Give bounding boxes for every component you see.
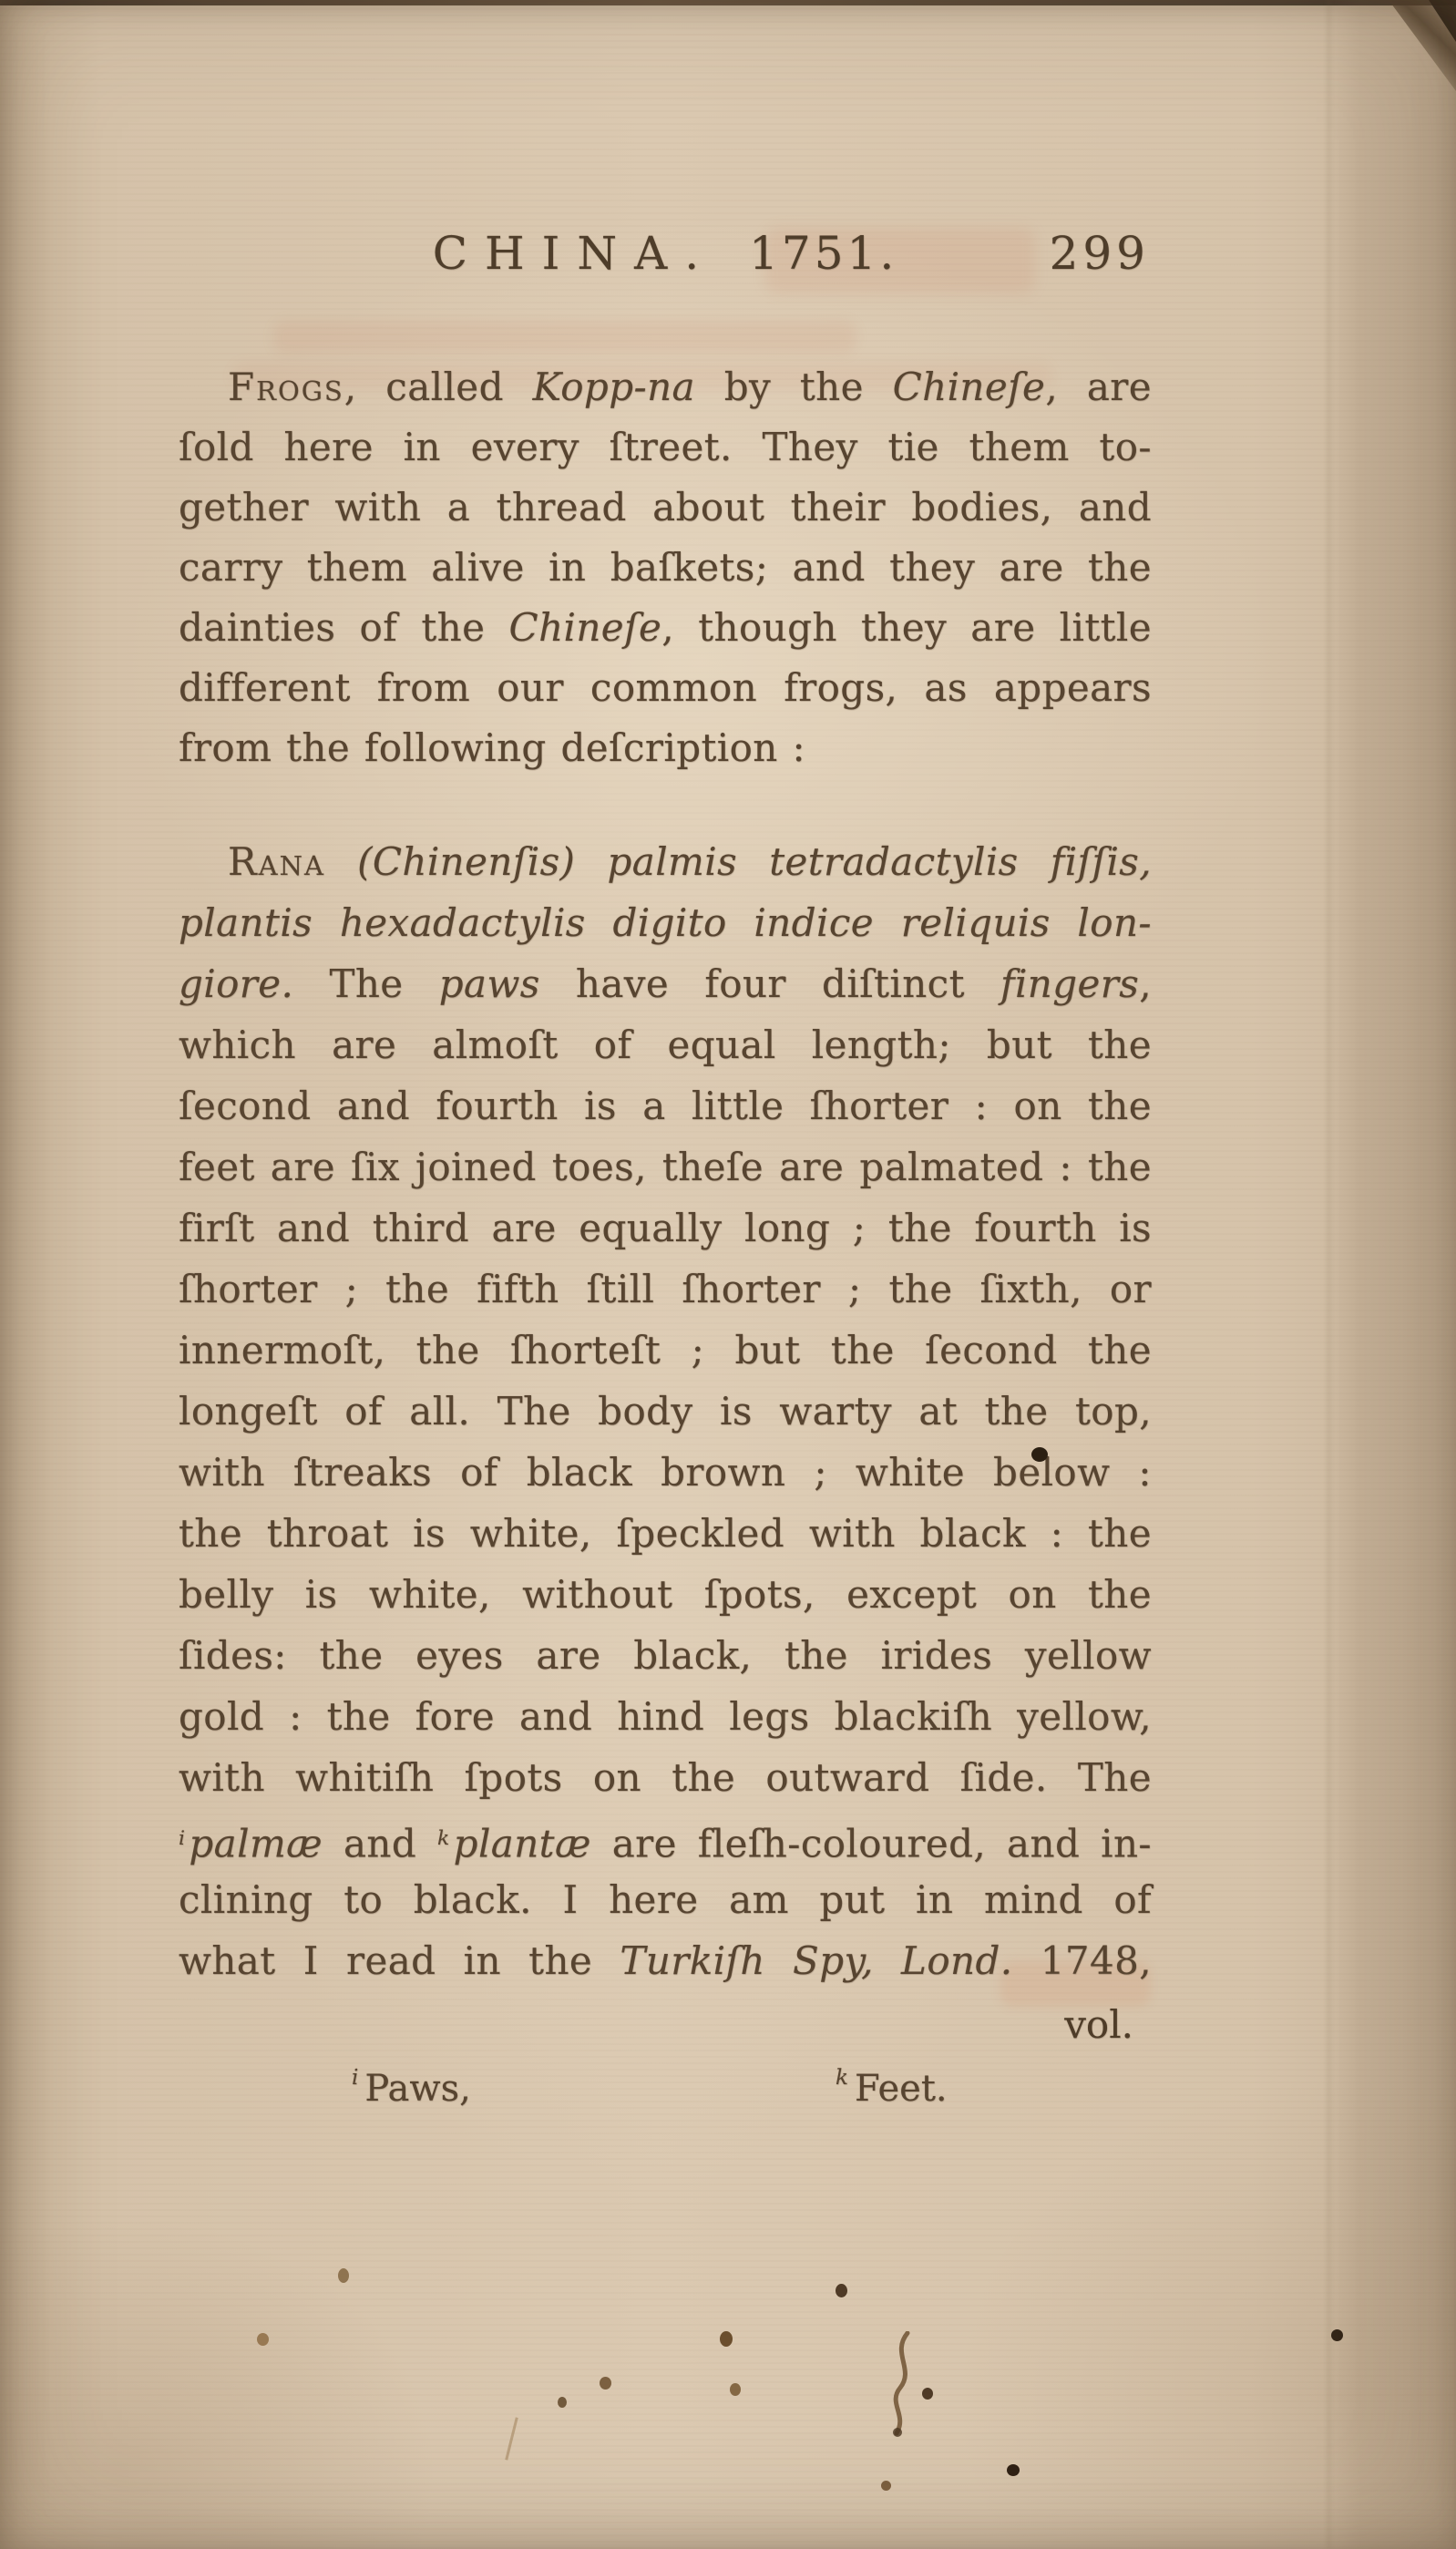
text-segment: plantæ xyxy=(454,1822,591,1866)
text-segment: plantis hexadactylis digito indice reliq… xyxy=(179,900,1152,945)
text-segment: , xyxy=(1139,961,1152,1006)
text-line: ſold here in every ſtreet. They tie them… xyxy=(179,417,1152,478)
text-segment: Frogs xyxy=(228,365,344,409)
text-line: gether with a thread about their bodies,… xyxy=(179,478,1152,538)
text-line: Frogs, called Kopp-na by the Chineſe, ar… xyxy=(179,357,1152,417)
text-segment: , are xyxy=(1045,365,1152,409)
running-head: CHINA.1751. 299 xyxy=(179,224,1152,284)
text-line: what I read in the Turkiſh Spy, Lond. 17… xyxy=(179,1930,1152,1991)
text-segment: ſecond and fourth is a little ſhorter : … xyxy=(179,1084,1152,1128)
text-segment: from the following deſcription : xyxy=(179,725,805,770)
text-segment: different from our common frogs, as appe… xyxy=(179,665,1152,710)
text-line: from the following deſcription : xyxy=(179,718,1152,778)
text-segment: what I read in the xyxy=(179,1938,620,1983)
text-segment: dainties of the xyxy=(179,605,509,650)
footnote-mark-k: k xyxy=(836,2066,848,2090)
text-line: with whitiſh ſpots on the outward ſide. … xyxy=(179,1747,1152,1808)
paragraph-rana-description: Rana (Chinenſis) palmis tetradactylis fi… xyxy=(179,831,1152,1991)
text-segment xyxy=(325,839,357,884)
text-segment: longeſt of all. The body is warty at the… xyxy=(179,1389,1152,1434)
text-line: feet are ſix joined toes, theſe are palm… xyxy=(179,1136,1152,1197)
text-line: giore. The paws have four diſtinct finge… xyxy=(179,953,1152,1014)
text-segment: (Chinenſis) palmis tetradactylis fiſſis, xyxy=(357,839,1152,884)
page-curvature-line xyxy=(1327,0,1331,2549)
footnote-paws: iPaws, xyxy=(352,2052,471,2114)
text-segment: by the xyxy=(695,365,893,409)
text-segment: which are almoſt of equal length; but th… xyxy=(179,1023,1152,1067)
text-segment: palmæ xyxy=(189,1822,323,1866)
text-segment: carry them alive in baſkets; and they ar… xyxy=(179,545,1152,590)
adjacent-page-edge-band xyxy=(1323,0,1456,2549)
text-segment: , though they are little xyxy=(661,605,1152,650)
text-segment: and xyxy=(323,1822,437,1866)
text-line: ipalmæ and kplantæ are fleſh-coloured, a… xyxy=(179,1808,1152,1869)
text-line: ſides: the eyes are black, the irides ye… xyxy=(179,1625,1152,1686)
text-segment: belly is white, without ſpots, except on… xyxy=(179,1572,1152,1617)
text-segment: with whitiſh ſpots on the outward ſide. … xyxy=(179,1755,1152,1800)
text-segment: k xyxy=(437,1827,450,1850)
text-line: clining to black. I here am put in mind … xyxy=(179,1869,1152,1930)
text-segment: are fleſh-coloured, and in- xyxy=(591,1822,1152,1866)
footnotes: iPaws, kFeet. xyxy=(179,2052,1152,2125)
text-segment: innermoſt, the ſhorteſt ; but the ſecond… xyxy=(179,1328,1152,1372)
running-head-title: CHINA. xyxy=(433,227,716,280)
footnote-text-feet: Feet. xyxy=(855,2068,948,2110)
text-segment: Kopp-na xyxy=(533,365,695,409)
paragraph-frogs: Frogs, called Kopp-na by the Chineſe, ar… xyxy=(179,357,1152,778)
text-line: ſecond and fourth is a little ſhorter : … xyxy=(179,1075,1152,1136)
text-segment: The xyxy=(293,961,438,1006)
text-segment: , called xyxy=(344,365,533,409)
text-line: ſhorter ; the fifth ſtill ſhorter ; the … xyxy=(179,1259,1152,1320)
text-segment: giore. xyxy=(179,961,293,1006)
text-line: the throat is white, ſpeckled with black… xyxy=(179,1503,1152,1564)
text-line: belly is white, without ſpots, except on… xyxy=(179,1564,1152,1625)
footnote-mark-i: i xyxy=(352,2066,358,2090)
text-line: dainties of the Chineſe, though they are… xyxy=(179,598,1152,658)
running-head-center: CHINA.1751. xyxy=(433,224,898,283)
text-segment: i xyxy=(179,1827,185,1850)
text-segment: feet are ſix joined toes, theſe are palm… xyxy=(179,1145,1152,1189)
text-segment: the throat is white, ſpeckled with black… xyxy=(179,1511,1152,1556)
text-line: gold : the fore and hind legs blackiſh y… xyxy=(179,1686,1152,1747)
text-line: which are almoſt of equal length; but th… xyxy=(179,1014,1152,1075)
text-segment: 1748, xyxy=(1013,1938,1152,1983)
text-line: innermoſt, the ſhorteſt ; but the ſecond… xyxy=(179,1320,1152,1381)
text-segment: clining to black. I here am put in mind … xyxy=(179,1877,1152,1922)
text-line: with ſtreaks of black brown ; white belo… xyxy=(179,1442,1152,1503)
text-column: CHINA.1751. 299 Frogs, called Kopp-na by… xyxy=(179,0,1152,2549)
text-segment: Rana xyxy=(228,839,325,884)
text-segment: firſt and third are equally long ; the f… xyxy=(179,1206,1152,1250)
text-line: plantis hexadactylis digito indice reliq… xyxy=(179,892,1152,953)
text-segment: have four diſtinct xyxy=(540,961,1000,1006)
footnote-text-paws: Paws, xyxy=(364,2068,470,2110)
text-segment: Chineſe xyxy=(509,605,662,650)
footnote-feet: kFeet. xyxy=(836,2052,948,2114)
text-segment: gold : the fore and hind legs blackiſh y… xyxy=(179,1694,1152,1739)
text-line: different from our common frogs, as appe… xyxy=(179,658,1152,718)
text-line: carry them alive in baſkets; and they ar… xyxy=(179,538,1152,598)
text-segment: gether with a thread about their bodies,… xyxy=(179,485,1152,529)
text-segment: paws xyxy=(439,961,540,1006)
text-line: Rana (Chinenſis) palmis tetradactylis fi… xyxy=(179,831,1152,892)
text-line: firſt and third are equally long ; the f… xyxy=(179,1197,1152,1259)
text-segment: ſides: the eyes are black, the irides ye… xyxy=(179,1633,1152,1678)
book-page-scan: CHINA.1751. 299 Frogs, called Kopp-na by… xyxy=(0,0,1456,2549)
text-line: longeſt of all. The body is warty at the… xyxy=(179,1381,1152,1442)
text-segment: Chineſe xyxy=(893,365,1046,409)
page-number: 299 xyxy=(1050,224,1150,283)
running-head-year: 1751. xyxy=(749,227,897,280)
text-segment: fingers xyxy=(1000,961,1139,1006)
text-segment: ſold here in every ſtreet. They tie them… xyxy=(179,425,1152,469)
text-segment: ſhorter ; the fifth ſtill ſhorter ; the … xyxy=(179,1267,1152,1311)
text-segment: Turkiſh Spy, Lond. xyxy=(620,1938,1012,1983)
catchword: vol. xyxy=(1064,2001,1133,2049)
text-segment: with ſtreaks of black brown ; white belo… xyxy=(179,1450,1152,1495)
